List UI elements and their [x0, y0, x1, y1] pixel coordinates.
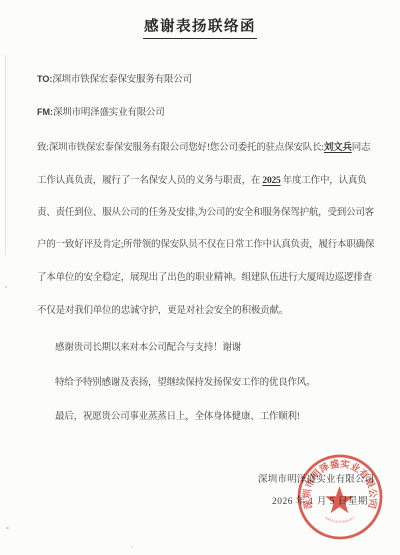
salutation-text: 致:深圳市铁保宏泰保安服务有限公司您好!您公司委托的驻点保安队长:: [37, 143, 324, 153]
salutation-suffix: 同志: [352, 143, 371, 153]
company-seal: 深圳市明泽盛实业有限公司 44031435968102: [292, 449, 388, 545]
praise-line: 特给予特别感谢及表扬，望继续保持发扬保安工作的优良作风。: [55, 377, 315, 389]
body-line: 了本单位的安全稳定，展现出了出色的职业精神。组建队伍进行大厦周边巡逻排查: [37, 272, 372, 284]
salutation-line: 致:深圳市铁保宏泰保安服务有限公司您好!您公司委托的驻点保安队长:刘文兵同志: [37, 142, 370, 154]
scan-speck: [5, 286, 7, 288]
guard-captain-name: 刘文兵: [324, 143, 352, 153]
work-year: 2025: [262, 176, 280, 186]
to-line: TO:深圳市铁保宏泰保安服务有限公司: [37, 73, 192, 86]
body-line: 责、责任到位、服从公司的任务及安排,为公司的安全和服务保驾护航，受到公司客: [37, 207, 374, 219]
fm-line: FM:深圳市明泽盛实业有限公司: [37, 106, 165, 119]
seal-code-arc-text: 44031435968102: [324, 516, 356, 524]
seal-star-icon: [325, 486, 354, 513]
body-text: 工作认真负责，履行了一名保安人员的义务与职责，在: [37, 176, 262, 186]
to-company: 深圳市铁保宏泰保安服务有限公司: [52, 75, 192, 85]
letter-title: 感谢表扬联络函: [143, 15, 257, 39]
thanks-line: 感谢贵司长期以来对本公司配合与支持！谢谢: [55, 342, 241, 354]
scan-speck: [6, 527, 9, 529]
fm-company: 深圳市明泽盛实业有限公司: [53, 108, 165, 118]
body-text: 年度工作中，认真负: [281, 176, 367, 186]
closing-line: 最后，祝愿贵公司事业蒸蒸日上，全体身体健康、工作顺利!: [55, 411, 300, 423]
body-line: 户的一致好评及肯定;所带领的保安队员不仅在日常工作中认真负责，履行本职确保: [37, 239, 374, 251]
letter-page: 感谢表扬联络函 TO:深圳市铁保宏泰保安服务有限公司 FM:深圳市明泽盛实业有限…: [0, 0, 400, 555]
scan-edge-artifact: [5, 55, 6, 255]
scan-speck: [131, 546, 133, 548]
body-line: 不仅是对我们单位的忠诚守护，更是对社会安全的积极贡献。: [37, 305, 288, 317]
letter-title-row: 感谢表扬联络函: [0, 15, 400, 39]
body-line: 工作认真负责，履行了一名保安人员的义务与职责，在 2025 年度工作中，认真负: [37, 175, 366, 187]
fm-label: FM:: [37, 107, 53, 117]
to-label: TO:: [37, 74, 52, 84]
